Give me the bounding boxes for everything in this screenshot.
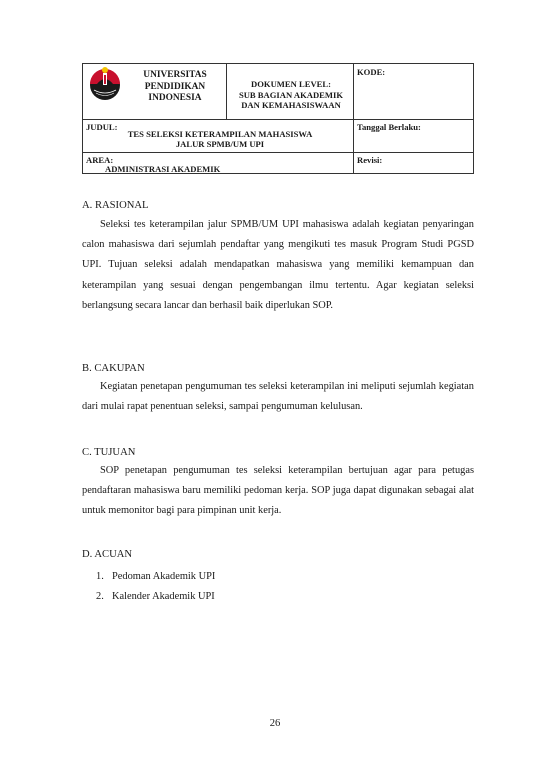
page-number: 26	[0, 718, 550, 729]
list-item: 1.Pedoman Akademik UPI	[96, 567, 215, 587]
university-line: UNIVERSITAS	[127, 70, 223, 82]
tanggal-berlaku-label: Tanggal Berlaku:	[357, 122, 421, 133]
university-name: UNIVERSITAS PENDIDIKAN INDONESIA	[127, 70, 223, 105]
tujuan-paragraph: SOP penetapan pengumuman tes seleksi ket…	[82, 461, 474, 522]
cakupan-paragraph: Kegiatan penetapan pengumuman tes seleks…	[82, 377, 474, 417]
list-item-number: 1.	[96, 567, 112, 587]
section-rasional: Seleksi tes keterampilan jalur SPMB/UM U…	[82, 215, 474, 316]
list-item-number: 2.	[96, 587, 112, 607]
section-tujuan: SOP penetapan pengumuman tes seleksi ket…	[82, 461, 474, 522]
section-title-cakupan: B. CAKUPAN	[82, 363, 145, 374]
list-item-text: Kalender Akademik UPI	[112, 591, 215, 602]
revisi-label: Revisi:	[357, 155, 382, 166]
rasional-paragraph: Seleksi tes keterampilan jalur SPMB/UM U…	[82, 215, 474, 316]
section-cakupan: Kegiatan penetapan pengumuman tes seleks…	[82, 377, 474, 417]
list-item-text: Pedoman Akademik UPI	[112, 571, 215, 582]
judul-value: TES SELEKSI KETERAMPILAN MAHASISWA JALUR…	[86, 130, 354, 149]
document-level-line: DAN KEMAHASISWAAN	[229, 100, 353, 111]
area-value: ADMINISTRASI AKADEMIK	[105, 164, 220, 175]
university-logo-icon	[87, 65, 123, 101]
university-line: INDONESIA	[127, 93, 223, 105]
section-title-acuan: D. ACUAN	[82, 549, 132, 560]
university-line: PENDIDIKAN	[127, 82, 223, 94]
list-item: 2.Kalender Akademik UPI	[96, 587, 215, 607]
acuan-list: 1.Pedoman Akademik UPI 2.Kalender Akadem…	[96, 567, 215, 606]
document-level: DOKUMEN LEVEL: SUB BAGIAN AKADEMIK DAN K…	[229, 79, 353, 111]
judul-line: JALUR SPMB/UM UPI	[86, 140, 354, 150]
kode-label: KODE:	[357, 67, 385, 78]
document-header-table: UNIVERSITAS PENDIDIKAN INDONESIA DOKUMEN…	[82, 63, 474, 174]
document-level-line: DOKUMEN LEVEL:	[229, 79, 353, 90]
document-level-line: SUB BAGIAN AKADEMIK	[229, 90, 353, 101]
section-title-tujuan: C. TUJUAN	[82, 447, 135, 458]
section-title-rasional: A. RASIONAL	[82, 200, 149, 211]
